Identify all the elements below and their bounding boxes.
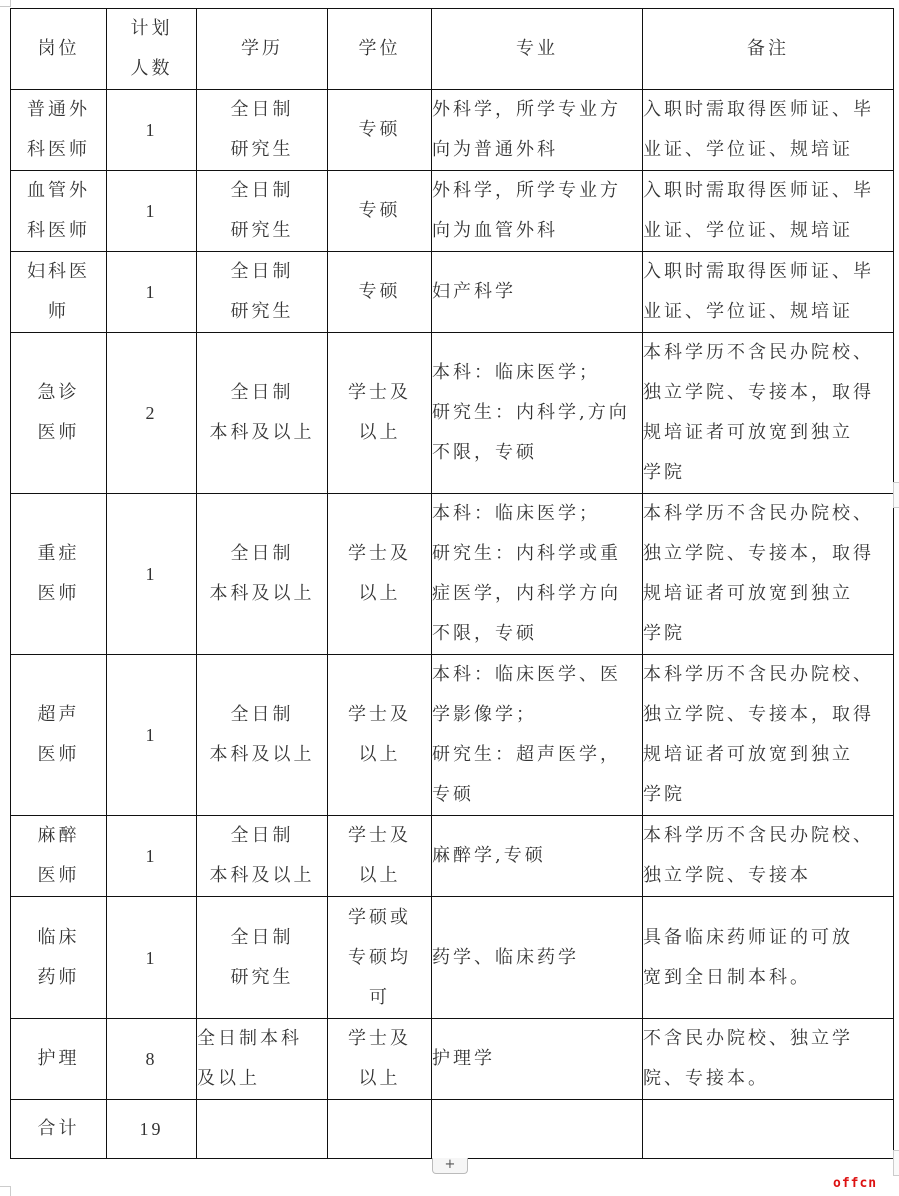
cell-degree: 学士及 以上: [328, 494, 432, 655]
header-remarks: 备注: [643, 9, 894, 90]
cell-education: 全日制 本科及以上: [197, 494, 328, 655]
cell-major: 本科：临床医学； 研究生：内科学或重 症医学，内科学方向 不限，专硕: [432, 494, 643, 655]
cell-post: 临床 药师: [11, 897, 107, 1019]
table-row: 急诊 医师 2 全日制 本科及以上 学士及 以上 本科：临床医学； 研究生：内科…: [11, 333, 894, 494]
cell-major: 本科：临床医学、医 学影像学； 研究生：超声医学， 专硕: [432, 655, 643, 816]
plus-icon: +: [445, 1157, 456, 1172]
table-row: 妇科医 师 1 全日制 研究生 专硕 妇产科学 入职时需取得医师证、毕 业证、学…: [11, 252, 894, 333]
total-remarks: [643, 1100, 894, 1159]
cell-education: 全日制本科 及以上: [197, 1019, 328, 1100]
watermark-logo: offcn: [833, 1176, 877, 1191]
cell-education: 全日制 研究生: [197, 90, 328, 171]
cell-remarks: 不含民办院校、独立学 院、专接本。: [643, 1019, 894, 1100]
cell-education: 全日制 本科及以上: [197, 816, 328, 897]
cell-post: 血管外 科医师: [11, 171, 107, 252]
cell-count: 1: [107, 171, 197, 252]
recruitment-table: 岗位 计划 人数 学历 学位 专业 备注 普通外 科医师 1 全日制 研究生 专…: [10, 8, 894, 1159]
cell-degree: 学士及 以上: [328, 333, 432, 494]
cell-post: 麻醉 医师: [11, 816, 107, 897]
cell-education: 全日制 研究生: [197, 252, 328, 333]
table-row: 普通外 科医师 1 全日制 研究生 专硕 外科学，所学专业方 向为普通外科 入职…: [11, 90, 894, 171]
cell-post: 重症 医师: [11, 494, 107, 655]
cell-count: 1: [107, 90, 197, 171]
cell-degree: 学士及 以上: [328, 1019, 432, 1100]
cell-major: 外科学，所学专业方 向为血管外科: [432, 171, 643, 252]
cell-degree: 专硕: [328, 90, 432, 171]
table-row: 临床 药师 1 全日制 研究生 学硕或 专硕均 可 药学、临床药学 具备临床药师…: [11, 897, 894, 1019]
total-count: 19: [107, 1100, 197, 1159]
cell-education: 全日制 本科及以上: [197, 333, 328, 494]
header-education: 学历: [197, 9, 328, 90]
cell-degree: 专硕: [328, 252, 432, 333]
cell-remarks: 入职时需取得医师证、毕 业证、学位证、规培证: [643, 252, 894, 333]
add-row-button[interactable]: +: [432, 1158, 468, 1174]
table-row: 护理 8 全日制本科 及以上 学士及 以上 护理学 不含民办院校、独立学 院、专…: [11, 1019, 894, 1100]
cell-major: 外科学，所学专业方 向为普通外科: [432, 90, 643, 171]
cell-post: 普通外 科医师: [11, 90, 107, 171]
cell-education: 全日制 研究生: [197, 171, 328, 252]
cell-major: 护理学: [432, 1019, 643, 1100]
cell-education: 全日制 研究生: [197, 897, 328, 1019]
cell-remarks: 本科学历不含民办院校、 独立学院、专接本，取得 规培证者可放宽到独立 学院: [643, 333, 894, 494]
cell-count: 1: [107, 494, 197, 655]
header-row: 岗位 计划 人数 学历 学位 专业 备注: [11, 9, 894, 90]
cell-remarks: 入职时需取得医师证、毕 业证、学位证、规培证: [643, 90, 894, 171]
cell-post: 妇科医 师: [11, 252, 107, 333]
table-row: 重症 医师 1 全日制 本科及以上 学士及 以上 本科：临床医学； 研究生：内科…: [11, 494, 894, 655]
cell-remarks: 入职时需取得医师证、毕 业证、学位证、规培证: [643, 171, 894, 252]
table-row: 血管外 科医师 1 全日制 研究生 专硕 外科学，所学专业方 向为血管外科 入职…: [11, 171, 894, 252]
cell-degree: 学硕或 专硕均 可: [328, 897, 432, 1019]
table-move-handle[interactable]: [0, 0, 11, 7]
total-row: 合计 19: [11, 1100, 894, 1159]
cell-major: 妇产科学: [432, 252, 643, 333]
table-row: 超声 医师 1 全日制 本科及以上 学士及 以上 本科：临床医学、医 学影像学；…: [11, 655, 894, 816]
cell-count: 1: [107, 655, 197, 816]
total-label: 合计: [11, 1100, 107, 1159]
row-resize-handle[interactable]: [893, 482, 899, 508]
cell-remarks: 本科学历不含民办院校、 独立学院、专接本，取得 规培证者可放宽到独立 学院: [643, 655, 894, 816]
cell-count: 1: [107, 897, 197, 1019]
cell-count: 1: [107, 252, 197, 333]
cell-post: 护理: [11, 1019, 107, 1100]
total-degree: [328, 1100, 432, 1159]
table-row: 麻醉 医师 1 全日制 本科及以上 学士及 以上 麻醉学,专硕 本科学历不含民办…: [11, 816, 894, 897]
cell-degree: 学士及 以上: [328, 816, 432, 897]
cell-remarks: 本科学历不含民办院校、 独立学院、专接本: [643, 816, 894, 897]
cell-degree: 专硕: [328, 171, 432, 252]
cell-count: 2: [107, 333, 197, 494]
header-planned-count: 计划 人数: [107, 9, 197, 90]
total-education: [197, 1100, 328, 1159]
cell-degree: 学士及 以上: [328, 655, 432, 816]
cell-remarks: 具备临床药师证的可放 宽到全日制本科。: [643, 897, 894, 1019]
total-major: [432, 1100, 643, 1159]
header-major: 专业: [432, 9, 643, 90]
page-corner-handle: [0, 1186, 11, 1196]
cell-education: 全日制 本科及以上: [197, 655, 328, 816]
cell-major: 麻醉学,专硕: [432, 816, 643, 897]
cell-remarks: 本科学历不含民办院校、 独立学院、专接本，取得 规培证者可放宽到独立 学院: [643, 494, 894, 655]
cell-major: 药学、临床药学: [432, 897, 643, 1019]
row-resize-handle[interactable]: [893, 1150, 899, 1176]
cell-post: 急诊 医师: [11, 333, 107, 494]
header-degree: 学位: [328, 9, 432, 90]
cell-major: 本科：临床医学； 研究生：内科学,方向 不限，专硕: [432, 333, 643, 494]
header-post: 岗位: [11, 9, 107, 90]
cell-count: 8: [107, 1019, 197, 1100]
cell-post: 超声 医师: [11, 655, 107, 816]
cell-count: 1: [107, 816, 197, 897]
